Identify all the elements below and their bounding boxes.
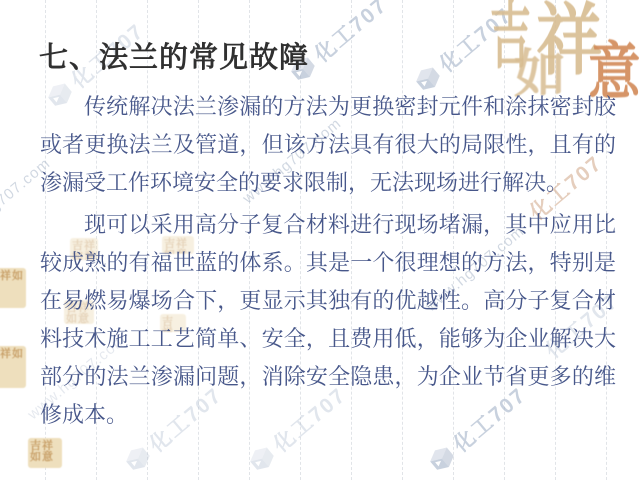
cube-logo-icon bbox=[424, 440, 461, 477]
slide-background: 化工707 化工707 化工707 化工707 化工707 化工707 化工70… bbox=[0, 0, 640, 480]
mini-seal-stamp: 吉祥如意 bbox=[28, 438, 62, 468]
slide-title: 七、法兰的常见故障 bbox=[39, 35, 309, 76]
cube-logo-icon bbox=[120, 440, 157, 477]
body-paragraph: 现可以采用高分子复合材料进行现场堵漏，其中应用比较成熟的有福世蓝的体系。其是一个… bbox=[40, 206, 616, 434]
mini-seal-stamp: 吉祥如意 bbox=[0, 268, 26, 308]
slide-body: 传统解决法兰渗漏的方法为更换密封元件和涂抹密封胶或者更换法兰及管道，但该方法具有… bbox=[40, 88, 616, 438]
mini-seal-stamp: 吉祥如意 bbox=[0, 346, 26, 388]
body-paragraph: 传统解决法兰渗漏的方法为更换密封元件和涂抹密封胶或者更换法兰及管道，但该方法具有… bbox=[40, 88, 616, 202]
mini-seal-text: 吉祥如意 bbox=[0, 270, 24, 293]
mini-seal-text: 吉祥如意 bbox=[30, 440, 54, 463]
mini-seal-text: 吉祥如意 bbox=[0, 348, 24, 371]
